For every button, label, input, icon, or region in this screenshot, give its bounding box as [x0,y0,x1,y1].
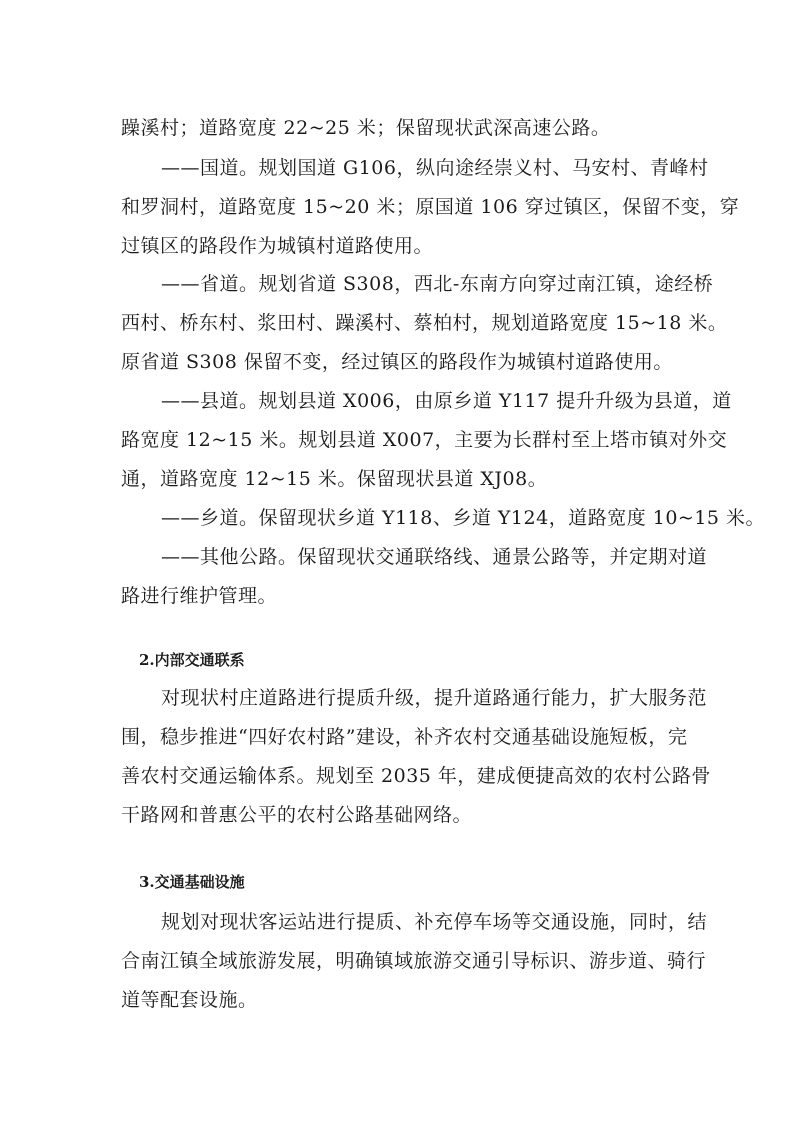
paragraph-township-road-line-1: ——乡道。保留现状乡道 Y118、乡道 Y124，道路宽度 10~15 米。 [161,506,674,530]
paragraph-national-road-line-2: 和罗洞村，道路宽度 15~20 米；原国道 106 穿过镇区，保留不变，穿 [121,195,674,219]
paragraph-internal-traffic-line-2: 围，稳步推进“四好农村路”建设，补齐农村交通基础设施短板，完 [121,725,674,749]
paragraph-provincial-road-line-1: ——省道。规划省道 S308，西北-东南方向穿过南江镇，途经桥 [161,272,674,296]
paragraph-infrastructure-line-3: 道等配套设施。 [121,988,674,1012]
section-heading-internal-traffic: 2.内部交通联系 [139,650,245,670]
document-page: 躁溪村；道路宽度 22~25 米；保留现状武深高速公路。 ——国道。规划国道 G… [0,0,794,1122]
paragraph-county-road-line-2: 路宽度 12~15 米。规划县道 X007，主要为长群村至上塔市镇对外交 [121,428,674,452]
paragraph-provincial-road-line-2: 西村、桥东村、浆田村、躁溪村、蔡柏村，规划道路宽度 15~18 米。 [121,311,674,335]
paragraph-county-road-line-1: ——县道。规划县道 X006，由原乡道 Y117 提升升级为县道，道 [161,389,674,413]
paragraph-national-road-line-1: ——国道。规划国道 G106，纵向途经崇义村、马安村、青峰村 [161,156,674,180]
paragraph-continuation-line: 躁溪村；道路宽度 22~25 米；保留现状武深高速公路。 [121,116,674,140]
paragraph-other-roads-line-1: ——其他公路。保留现状交通联络线、通景公路等，并定期对道 [161,545,674,569]
paragraph-provincial-road-line-3: 原省道 S308 保留不变，经过镇区的路段作为城镇村道路使用。 [121,350,674,374]
paragraph-internal-traffic-line-1: 对现状村庄道路进行提质升级，提升道路通行能力，扩大服务范 [161,686,674,710]
paragraph-national-road-line-3: 过镇区的路段作为城镇村道路使用。 [121,234,674,258]
paragraph-infrastructure-line-1: 规划对现状客运站进行提质、补充停车场等交通设施，同时，结 [161,910,674,934]
paragraph-infrastructure-line-2: 合南江镇全域旅游发展，明确镇域旅游交通引导标识、游步道、骑行 [121,949,674,973]
paragraph-other-roads-line-2: 路进行维护管理。 [121,584,674,608]
paragraph-internal-traffic-line-3: 善农村交通运输体系。规划至 2035 年，建成便捷高效的农村公路骨 [121,764,674,788]
paragraph-internal-traffic-line-4: 干路网和普惠公平的农村公路基础网络。 [121,803,674,827]
paragraph-county-road-line-3: 通，道路宽度 12~15 米。保留现状县道 XJ08。 [121,467,674,491]
section-heading-infrastructure: 3.交通基础设施 [139,872,245,892]
